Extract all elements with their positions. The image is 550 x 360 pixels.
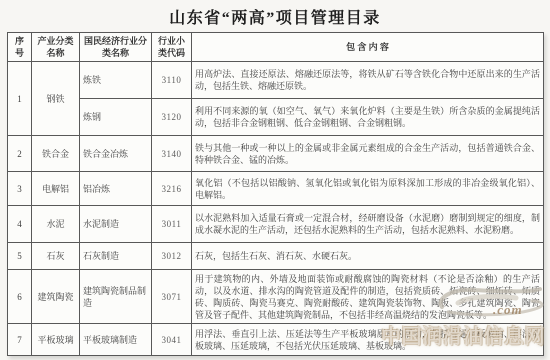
header-no: 序号 [8, 33, 32, 62]
row-no-cell: 6 [8, 270, 32, 324]
sector-cell: 铁合金冶炼 [80, 136, 152, 172]
content-cell: 用于建筑物的内、外墙及地面装饰或耐酸腐蚀的陶瓷材料（不论是否涂釉）的生产活动，以… [192, 270, 544, 324]
code-cell: 3140 [152, 136, 192, 172]
table-row: 4 水泥 水泥制造 3011 以水泥熟料加入适量石膏或一定混合材，经研磨设备（水… [8, 206, 544, 243]
content-cell: 氧化铝（不包括以铝酸钠、氢氧化铝或氧化铝为原料深加工形成的非冶金级氧化铝）、电解… [192, 172, 544, 206]
content-cell: 用高炉法、直接还原法、熔融还原法等，将铁从矿石等含铁化合物中还原出来的生产活动，… [192, 62, 544, 99]
table-row: 1 钢铁 炼铁 3110 用高炉法、直接还原法、熔融还原法等，将铁从矿石等含铁化… [8, 62, 544, 99]
content-cell: 铁与其他一种或一种以上的金属或非金属元素组成的合金生产活动，包括普通铁合金、特种… [192, 136, 544, 172]
industry-cell: 电解铝 [32, 172, 80, 206]
row-no-cell: 2 [8, 136, 32, 172]
industry-cell: 石灰 [32, 243, 80, 270]
row-no-cell: 4 [8, 206, 32, 243]
sector-cell: 平板玻璃制造 [80, 324, 152, 356]
code-cell: 3041 [152, 324, 192, 356]
industry-cell: 钢铁 [32, 62, 80, 136]
industry-cell: 建筑陶瓷 [32, 270, 80, 324]
code-cell: 3071 [152, 270, 192, 324]
code-cell: 3120 [152, 99, 192, 136]
industry-cell: 水泥 [32, 206, 80, 243]
two-high-project-table: 序号 产业分类名称 国民经济行业分类名称 行业小类代码 包 含 内 容 1 钢铁… [7, 32, 544, 356]
sector-cell: 水泥制造 [80, 206, 152, 243]
row-no-cell: 5 [8, 243, 32, 270]
table-row: 炼钢 3120 利用不同来源的氧（如空气、氧气）来氧化炉料（主要是生铁）所含杂质… [8, 99, 544, 136]
row-no-cell: 3 [8, 172, 32, 206]
header-code: 行业小类代码 [152, 33, 192, 62]
header-industry: 产业分类名称 [32, 33, 80, 62]
content-cell: 石灰，包括生石灰、消石灰、水硬石灰。 [192, 243, 544, 270]
header-content: 包 含 内 容 [192, 33, 544, 62]
table-row: 7 平板玻璃 平板玻璃制造 3041 用浮法、垂直引上法、压延法等生产平板玻璃原… [8, 324, 544, 356]
sector-cell: 铝冶炼 [80, 172, 152, 206]
table-row: 6 建筑陶瓷 建筑陶瓷制品制造 3071 用于建筑物的内、外墙及地面装饰或耐酸腐… [8, 270, 544, 324]
industry-cell: 铁合金 [32, 136, 80, 172]
code-cell: 3216 [152, 172, 192, 206]
sector-cell: 炼钢 [80, 99, 152, 136]
row-no-cell: 1 [8, 62, 32, 136]
sector-cell: 石灰制造 [80, 243, 152, 270]
table-row: 2 铁合金 铁合金冶炼 3140 铁与其他一种或一种以上的金属或非金属元素组成的… [8, 136, 544, 172]
code-cell: 3110 [152, 62, 192, 99]
sector-cell: 建筑陶瓷制品制造 [80, 270, 152, 324]
industry-cell: 平板玻璃 [32, 324, 80, 356]
sector-cell: 炼铁 [80, 62, 152, 99]
content-cell: 利用不同来源的氧（如空气、氧气）来氧化炉料（主要是生铁）所含杂质的金属提纯活动，… [192, 99, 544, 136]
table-header-row: 序号 产业分类名称 国民经济行业分类名称 行业小类代码 包 含 内 容 [8, 33, 544, 62]
table-row: 3 电解铝 铝冶炼 3216 氧化铝（不包括以铝酸钠、氢氧化铝或氧化铝为原料深加… [8, 172, 544, 206]
header-sector: 国民经济行业分类名称 [80, 33, 152, 62]
row-no-cell: 7 [8, 324, 32, 356]
content-cell: 用浮法、垂直引上法、压延法等生产平板玻璃原片的活动，包括普通平板玻璃、浮法平板玻… [192, 324, 544, 356]
code-cell: 3011 [152, 206, 192, 243]
code-cell: 3012 [152, 243, 192, 270]
content-cell: 以水泥熟料加入适量石膏或一定混合材，经研磨设备（水泥磨）磨制到规定的细度，制成水… [192, 206, 544, 243]
page-title: 山东省“两高”项目管理目录 [0, 5, 550, 28]
table-row: 5 石灰 石灰制造 3012 石灰，包括生石灰、消石灰、水硬石灰。 [8, 243, 544, 270]
